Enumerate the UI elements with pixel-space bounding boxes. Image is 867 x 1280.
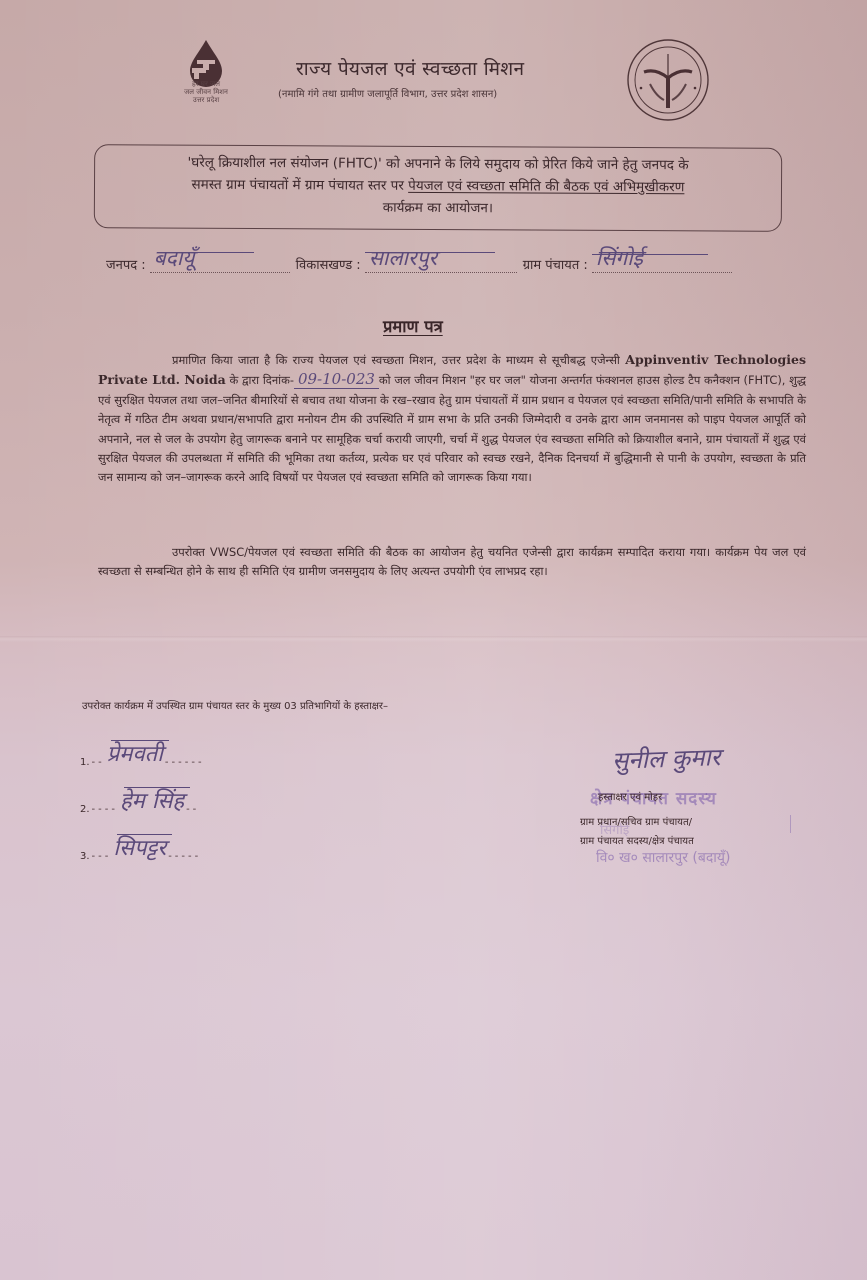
- panchayat-value: सिंगोई: [596, 244, 643, 272]
- dotted-line: -----: [168, 851, 201, 862]
- topic-text: 'घरेलू क्रियाशील नल संयोजन (FHTC)' को अप…: [105, 151, 771, 220]
- participant-signature-row: 3. --- सिपट्टर -----: [80, 832, 201, 862]
- certificate-paragraph-1: प्रमाणित किया जाता है कि राज्य पेयजल एवं…: [98, 350, 806, 488]
- dotted-line: ------: [165, 757, 205, 768]
- para1-text-a: प्रमाणित किया जाता है कि राज्य पेयजल एवं…: [172, 353, 625, 367]
- block-value: सालारपुर: [369, 244, 437, 272]
- district-value: बदायूँ: [154, 244, 195, 272]
- certificate-title: प्रमाण पत्र: [383, 314, 443, 337]
- topic-line-plain: समस्त ग्राम पंचायतों में ग्राम पंचायत स्…: [192, 177, 409, 194]
- para2-text: उपरोक्त VWSC/पेयजल एवं स्वच्छता समिति की…: [98, 545, 806, 578]
- official-role-line: ग्राम प्रधान/सचिव ग्राम पंचायत/: [580, 814, 692, 828]
- participants-intro: उपरोक्त कार्यक्रम में उपस्थित ग्राम पंचा…: [82, 700, 482, 713]
- participant-signature: सिपट्टर: [113, 832, 166, 862]
- stamp-text: वि० ख० सालारपुर (बदायूँ): [596, 848, 730, 867]
- logo-caption-line: उत्तर प्रदेश: [164, 96, 248, 104]
- up-government-seal-icon: [626, 38, 710, 122]
- topic-line: कार्यक्रम का आयोजन।: [105, 195, 771, 220]
- participant-signature-row: 1. -- प्रेमवती ------: [80, 738, 205, 768]
- district-field[interactable]: बदायूँ: [150, 258, 290, 273]
- official-role-line: ग्राम पंचायत सदस्य/क्षेत्र पंचायत: [580, 833, 694, 847]
- topic-line-underlined: पेयजल एवं स्वच्छता समिति की बैठक एवं अभि…: [408, 178, 684, 195]
- panchayat-field[interactable]: सिंगोई: [592, 258, 732, 273]
- handwriting-stroke: [158, 252, 254, 253]
- block-label: विकासखण्ड :: [296, 255, 361, 273]
- logo-caption: हर घर जल जल जीवन मिशन उत्तर प्रदेश: [164, 80, 248, 104]
- topic-box: 'घरेलू क्रियाशील नल संयोजन (FHTC)' को अप…: [94, 144, 782, 232]
- dotted-line: --: [186, 804, 199, 815]
- participant-number: 2.: [80, 804, 90, 815]
- participant-signature: प्रेमवती: [107, 738, 163, 768]
- panchayat-label: ग्राम पंचायत :: [523, 255, 588, 273]
- handwriting-stroke: [592, 254, 708, 255]
- sign-and-seal-label: हस्ताक्षर एवं मोहर: [598, 789, 662, 803]
- participant-signature: हेम सिंह: [120, 785, 184, 815]
- handwritten-date: 09-10-023: [294, 370, 379, 389]
- location-row: जनपद : बदायूँ विकासखण्ड : सालारपुर ग्राम…: [106, 255, 738, 273]
- participant-number: 3.: [80, 851, 90, 862]
- topic-line: समस्त ग्राम पंचायतों में ग्राम पंचायत स्…: [105, 173, 771, 198]
- dotted-line: --: [92, 757, 105, 768]
- dotted-line: ----: [92, 804, 118, 815]
- header-title: राज्य पेयजल एवं स्वच्छता मिशन: [296, 55, 524, 81]
- logo-caption-line: हर घर जल: [164, 80, 248, 88]
- participant-number: 1.: [80, 757, 90, 768]
- participant-signature-row: 2. ---- हेम सिंह --: [80, 785, 199, 815]
- dotted-line: ---: [92, 851, 112, 862]
- district-label: जनपद :: [106, 255, 146, 273]
- block-field[interactable]: सालारपुर: [365, 258, 517, 273]
- para1-text-c: को जल जीवन मिशन "हर घर जल" योजना अन्तर्ग…: [98, 373, 806, 484]
- certificate-paragraph-2: उपरोक्त VWSC/पेयजल एवं स्वच्छता समिति की…: [98, 543, 806, 582]
- logo-caption-line: जल जीवन मिशन: [164, 88, 248, 96]
- para1-text-b: के द्वारा दिनांक-: [226, 373, 294, 387]
- header-subtitle: (नमामि गंगे तथा ग्रामीण जलापूर्ति विभाग,…: [278, 86, 497, 100]
- handwriting-stroke: [365, 252, 495, 253]
- official-signature: सुनील कुमार: [611, 740, 721, 777]
- paper-fold: [0, 636, 867, 642]
- stamp-mark: [790, 815, 791, 833]
